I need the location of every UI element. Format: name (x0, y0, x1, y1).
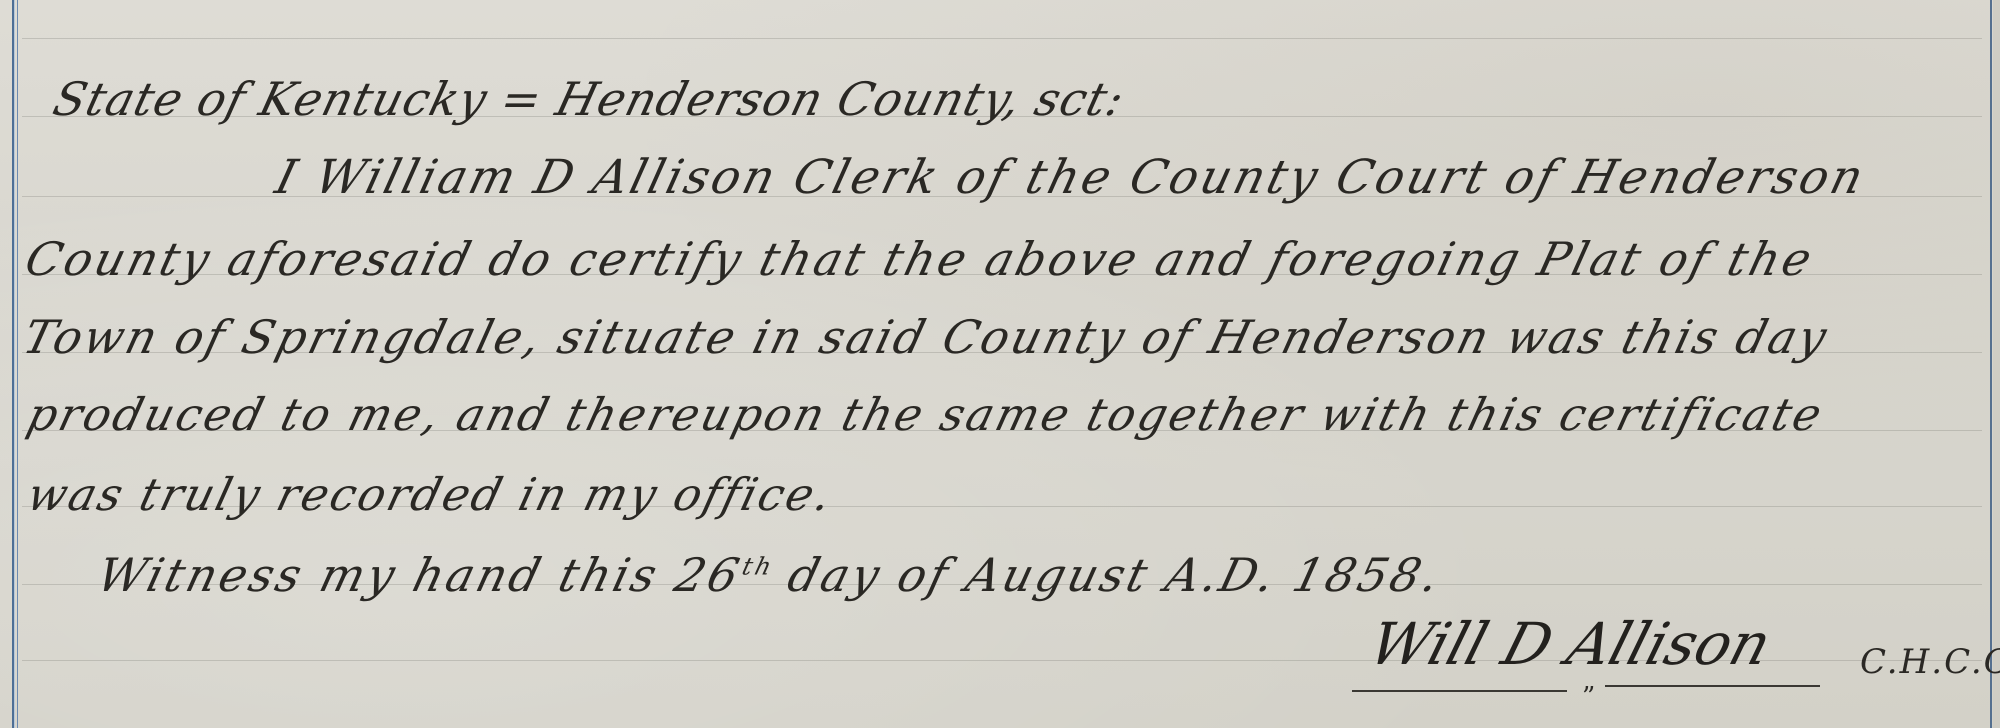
heading-line: State of Kentucky = Henderson County, sc… (48, 72, 1130, 126)
text-line-2: County aforesaid do certify that the abo… (20, 232, 1820, 286)
signature-ditto-mark: ” (1582, 682, 1595, 712)
document-page: State of Kentucky = Henderson County, sc… (0, 0, 2000, 728)
signature-underline-right (1605, 685, 1820, 687)
signature-name: Will D Allison (1362, 610, 1779, 678)
text-line-1: I William D Allison Clerk of the County … (270, 150, 1872, 205)
witness-suffix: day of August A.D. 1858. (765, 548, 1448, 602)
ruled-line (22, 38, 1982, 39)
text-line-3: Town of Springdale, situate in said Coun… (18, 310, 1834, 364)
right-margin-line (1990, 0, 1992, 728)
text-line-4: produced to me, and thereupon the same t… (22, 388, 1829, 441)
left-margin-line (12, 0, 18, 728)
witness-prefix: Witness my hand this 26 (92, 548, 747, 602)
left-margin-inner-line (14, 0, 15, 728)
signature-underline-left (1352, 690, 1567, 692)
right-page-edge (1993, 0, 2000, 728)
text-line-5: was truly recorded in my office. (22, 468, 839, 521)
witness-line: Witness my hand this 26th day of August … (92, 548, 1448, 602)
signature-title: C.H.C.C. (1860, 642, 2000, 682)
